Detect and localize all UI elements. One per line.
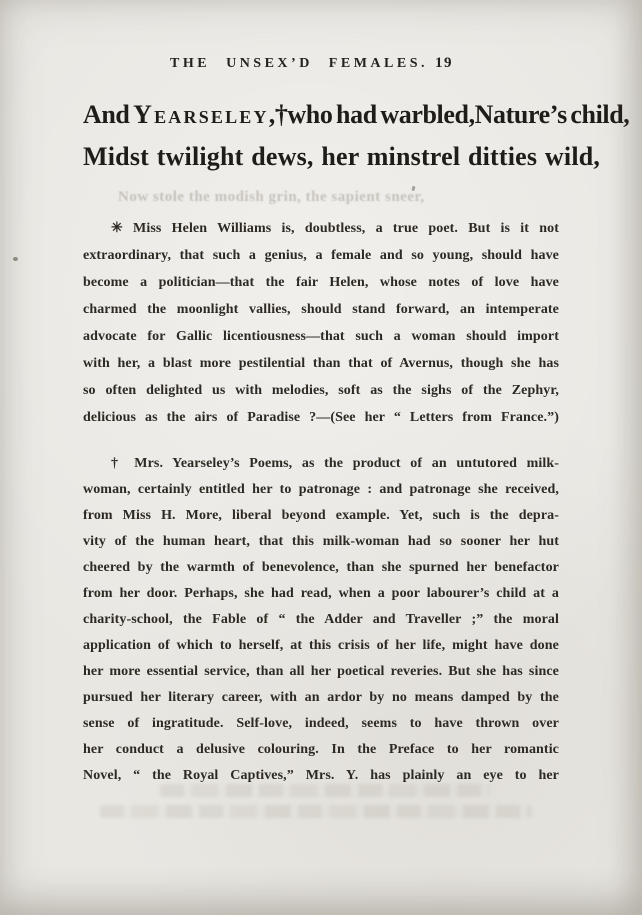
footnote-line: pursued her literary career, with an ard… bbox=[83, 685, 559, 711]
footnote-line: ✳ Miss Helen Williams is, doubtless, a t… bbox=[83, 215, 559, 242]
footnote-line: woman, certainly entitled her to patrona… bbox=[83, 477, 559, 503]
footnote-line: from Miss H. More, liberal beyond exampl… bbox=[83, 503, 559, 529]
footnote-line: with her, a blast more pestilential than… bbox=[83, 350, 559, 377]
footnote-dagger: † Mrs. Yearseley’s Poems, as the product… bbox=[83, 451, 559, 789]
footnote-line: charmed the moonlight vallies, should st… bbox=[83, 296, 559, 323]
footnote-line: become a politician—that the fair Helen,… bbox=[83, 269, 559, 296]
ink-speck bbox=[13, 257, 18, 261]
footnote-line: sense of ingratitude. Self-love, indeed,… bbox=[83, 711, 559, 737]
verse-line-2: Midst twilight dews, her minstrel dittie… bbox=[83, 142, 623, 172]
footnote-line: vity of the human heart, that this milk-… bbox=[83, 529, 559, 555]
verse-line-1: And Yearseley,†who had warbled,Nature’s … bbox=[83, 100, 623, 130]
footnote-line: charity-school, the Fable of “ the Adder… bbox=[83, 607, 559, 633]
running-title: THE UNSEX’D FEMALES. bbox=[170, 56, 428, 72]
poet-name: Yearseley bbox=[133, 100, 269, 129]
verse-line1-pre: And bbox=[83, 100, 133, 129]
footnote-line: cheered by the warmth of benevolence, th… bbox=[83, 555, 559, 581]
footnote-line: her more essential service, than all her… bbox=[83, 659, 559, 685]
footnote-line: so often delighted us with melodies, sof… bbox=[83, 377, 559, 404]
footnote-line: delicious as the airs of Paradise ?—(See… bbox=[83, 404, 559, 431]
verse-line1-rest: ,†who had warbled,Nature’s child, bbox=[269, 100, 630, 129]
showthrough-smudge bbox=[100, 805, 532, 818]
footnote-line: her conduct a delusive colouring. In the… bbox=[83, 737, 559, 763]
page-number: 19 bbox=[435, 55, 453, 72]
footnote-line: from her door. Perhaps, she had read, wh… bbox=[83, 581, 559, 607]
running-header: THE UNSEX’D FEMALES. 19 bbox=[0, 54, 642, 72]
footnote-line: extraordinary, that such a genius, a fem… bbox=[83, 242, 559, 269]
showthrough-smudge bbox=[160, 784, 490, 797]
verse-couplet: And Yearseley,†who had warbled,Nature’s … bbox=[83, 100, 623, 172]
showthrough-verse-line: Now stole the modish grin, the sapient s… bbox=[118, 189, 478, 206]
scanned-book-page: THE UNSEX’D FEMALES. 19 And Yearseley,†w… bbox=[0, 0, 642, 915]
footnote-asterisk: ✳ Miss Helen Williams is, doubtless, a t… bbox=[83, 215, 559, 431]
footnote-line: † Mrs. Yearseley’s Poems, as the product… bbox=[83, 451, 559, 477]
footnote-line: advocate for Gallic licentiousness—that … bbox=[83, 323, 559, 350]
footnote-line: application of which to herself, at this… bbox=[83, 633, 559, 659]
